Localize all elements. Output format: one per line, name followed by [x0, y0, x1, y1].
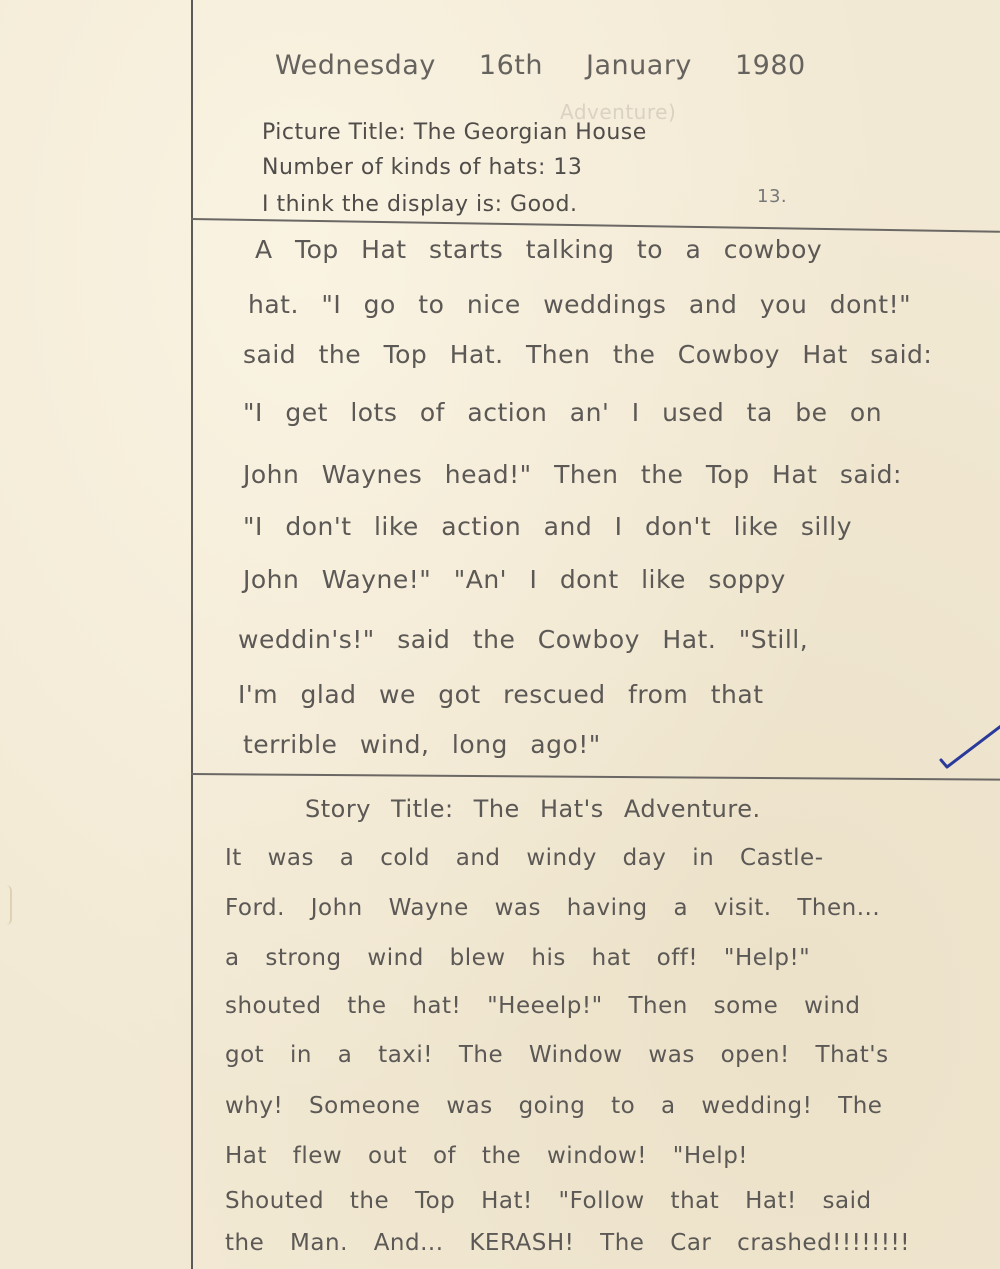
hat-count-line: Number of kinds of hats: 13 [262, 155, 582, 180]
story-line: why! Someone was going to a wedding! The [225, 1093, 882, 1119]
story-line: Ford. John Wayne was having a visit. The… [225, 895, 880, 921]
dialogue-line: "I get lots of action an' I used ta be o… [243, 398, 882, 427]
dialogue-line: hat. "I go to nice weddings and you dont… [248, 290, 911, 319]
story-line: got in a taxi! The Window was open! That… [225, 1042, 889, 1068]
dialogue-line: John Waynes head!" Then the Top Hat said… [243, 460, 902, 489]
dialogue-line: I'm glad we got rescued from that [238, 680, 764, 709]
dialogue-line: A Top Hat starts talking to a cowboy [255, 235, 822, 264]
opinion-text: I think the display is: Good. [262, 192, 577, 217]
teacher-tick-icon [935, 720, 1000, 775]
paper-tear-mark [0, 885, 12, 925]
story-line: Hat flew out of the window! "Help! [225, 1143, 748, 1169]
story-title: Story Title: The Hat's Adventure. [305, 795, 761, 823]
margin-rule [191, 0, 193, 1269]
dialogue-line: terrible wind, long ago!" [243, 730, 601, 759]
margin-note: 13. [757, 186, 787, 207]
dialogue-line: weddin's!" said the Cowboy Hat. "Still, [238, 625, 808, 654]
story-line: shouted the hat! "Heeelp!" Then some win… [225, 993, 860, 1019]
dialogue-line: "I don't like action and I don't like si… [243, 512, 852, 541]
opinion-line: I think the display is: Good. 13. [262, 192, 577, 217]
dialogue-line: John Wayne!" "An' I dont like soppy [243, 565, 786, 594]
story-line: Shouted the Top Hat! "Follow that Hat! s… [225, 1188, 872, 1214]
picture-title-line: Picture Title: The Georgian House [262, 120, 647, 145]
date-heading: Wednesday 16th January 1980 [275, 50, 806, 81]
dialogue-line: said the Top Hat. Then the Cowboy Hat sa… [243, 340, 932, 369]
story-line: the Man. And... KERASH! The Car crashed!… [225, 1230, 910, 1256]
story-line: It was a cold and windy day in Castle- [225, 845, 824, 871]
story-line: a strong wind blew his hat off! "Help!" [225, 945, 810, 971]
